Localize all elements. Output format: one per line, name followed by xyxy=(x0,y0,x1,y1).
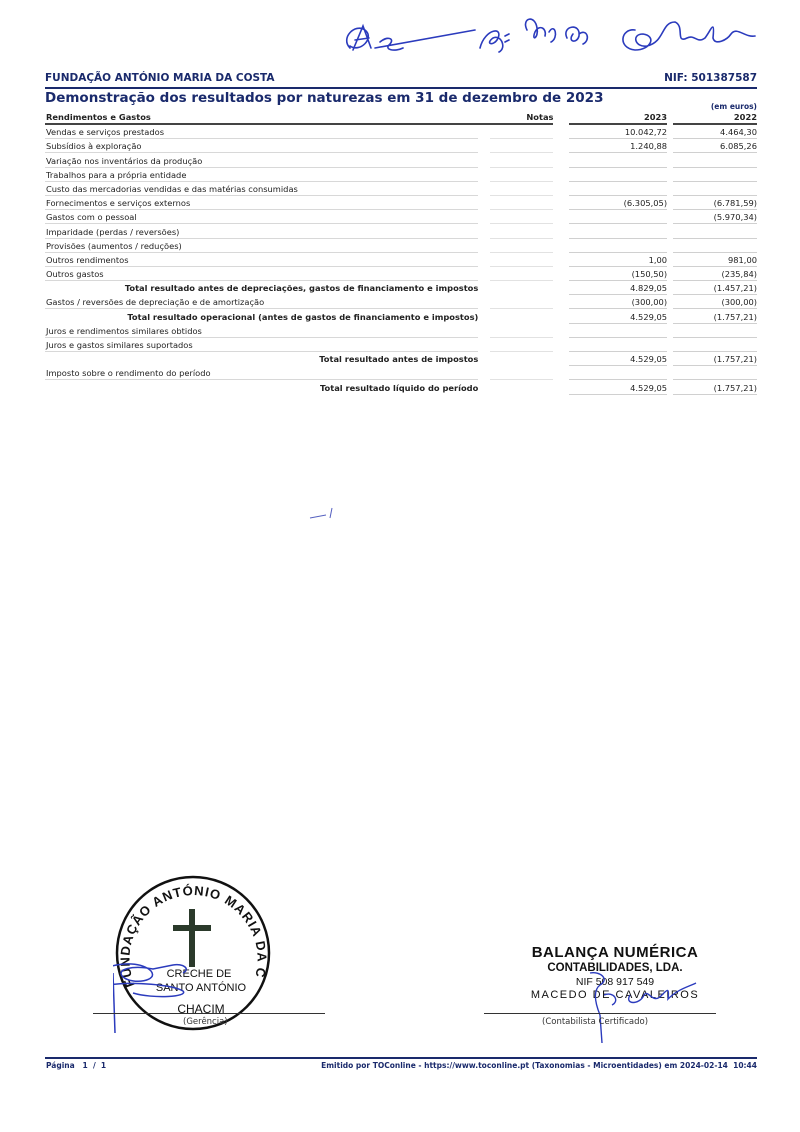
row-notes xyxy=(490,323,553,324)
table-total-row: Total resultado antes de impostos4.529,0… xyxy=(45,352,757,366)
row-notes xyxy=(490,167,553,168)
row-value-2023: 1,00 xyxy=(569,255,667,267)
issued-by: Emitido por TOConline - https://www.toco… xyxy=(321,1061,757,1070)
pen-mark xyxy=(308,506,340,520)
row-label: Outros gastos xyxy=(45,269,478,281)
organization-name: FUNDAÇÃO ANTÓNIO MARIA DA COSTA xyxy=(45,72,275,84)
table-total-row: Total resultado líquido do período4.529,… xyxy=(45,380,757,394)
row-label: Gastos com o pessoal xyxy=(45,212,478,224)
row-notes xyxy=(490,280,553,281)
row-notes xyxy=(490,238,553,239)
row-value-2022 xyxy=(673,337,757,338)
row-value-2023 xyxy=(569,252,667,253)
row-value-2022 xyxy=(673,167,757,168)
row-notes xyxy=(490,308,553,309)
table-row: Imposto sobre o rendimento do período xyxy=(45,366,757,380)
column-header-notes: Notas xyxy=(490,112,553,125)
table-total-row: Total resultado antes de depreciações, g… xyxy=(45,281,757,295)
row-value-2023: (150,50) xyxy=(569,269,667,281)
row-value-2022: 6.085,26 xyxy=(673,141,757,153)
row-value-2022: (1.457,21) xyxy=(673,283,757,295)
row-notes xyxy=(490,351,553,352)
row-value-2023: 4.529,05 xyxy=(569,354,667,366)
row-notes xyxy=(490,209,553,210)
income-statement-table: Rendimentos e Gastos Notas 2023 2022 Ven… xyxy=(45,113,757,395)
row-label: Total resultado antes de impostos xyxy=(45,354,478,366)
row-value-2022: 4.464,30 xyxy=(673,127,757,139)
row-notes xyxy=(490,294,553,295)
row-label: Trabalhos para a própria entidade xyxy=(45,170,478,182)
column-header-2022: 2022 xyxy=(673,112,757,125)
accountant-firm-name: BALANÇA NUMÉRICA xyxy=(505,944,725,961)
row-value-2023 xyxy=(569,238,667,239)
row-value-2023: 10.042,72 xyxy=(569,127,667,139)
row-value-2023 xyxy=(569,181,667,182)
row-value-2023: (300,00) xyxy=(569,297,667,309)
row-value-2022: (6.781,59) xyxy=(673,198,757,210)
row-value-2022: (1.757,21) xyxy=(673,312,757,324)
footer-rule xyxy=(45,1057,757,1059)
row-value-2023: 4.529,05 xyxy=(569,383,667,395)
row-notes xyxy=(490,394,553,395)
row-label: Fornecimentos e serviços externos xyxy=(45,198,478,210)
row-value-2023: 1.240,88 xyxy=(569,141,667,153)
header-rule xyxy=(45,87,757,89)
table-total-row: Total resultado operacional (antes de ga… xyxy=(45,309,757,323)
row-notes xyxy=(490,181,553,182)
row-value-2023 xyxy=(569,195,667,196)
table-row: Vendas e serviços prestados10.042,724.46… xyxy=(45,125,757,139)
column-header-description: Rendimentos e Gastos xyxy=(45,112,478,125)
table-row: Provisões (aumentos / reduções) xyxy=(45,239,757,253)
row-value-2023 xyxy=(569,167,667,168)
row-label: Juros e gastos similares suportados xyxy=(45,340,478,352)
row-label: Imposto sobre o rendimento do período xyxy=(45,368,478,380)
handwritten-initials xyxy=(335,8,785,60)
row-label: Imparidade (perdas / reversões) xyxy=(45,227,478,239)
row-label: Juros e rendimentos similares obtidos xyxy=(45,326,478,338)
table-row: Custo das mercadorias vendidas e das mat… xyxy=(45,182,757,196)
seal-inner-line-1: CRECHE DE xyxy=(167,968,232,980)
row-value-2023: 4.829,05 xyxy=(569,283,667,295)
row-notes xyxy=(490,266,553,267)
row-value-2022 xyxy=(673,252,757,253)
page-number: Página 1 / 1 xyxy=(46,1061,106,1070)
row-label: Custo das mercadorias vendidas e das mat… xyxy=(45,184,478,196)
row-value-2022: (300,00) xyxy=(673,297,757,309)
table-header-row: Rendimentos e Gastos Notas 2023 2022 xyxy=(45,113,757,125)
document-title: Demonstração dos resultados por natureza… xyxy=(45,90,603,106)
column-header-2023: 2023 xyxy=(569,112,667,125)
row-notes xyxy=(490,195,553,196)
row-value-2022: (5.970,34) xyxy=(673,212,757,224)
table-row: Juros e gastos similares suportados xyxy=(45,338,757,352)
row-value-2022 xyxy=(673,195,757,196)
table-row: Subsídios à exploração1.240,886.085,26 xyxy=(45,139,757,153)
row-label: Subsídios à exploração xyxy=(45,141,478,153)
row-notes xyxy=(490,252,553,253)
row-label: Gastos / reversões de depreciação e de a… xyxy=(45,297,478,309)
row-value-2022 xyxy=(673,238,757,239)
accountant-label: (Contabilista Certificado) xyxy=(542,1017,648,1027)
row-notes xyxy=(490,223,553,224)
accountant-signature-line xyxy=(484,1013,716,1014)
row-label: Total resultado antes de depreciações, g… xyxy=(45,283,478,295)
row-notes xyxy=(490,152,553,153)
table-row: Imparidade (perdas / reversões) xyxy=(45,224,757,238)
row-value-2022: (1.757,21) xyxy=(673,383,757,395)
row-notes xyxy=(490,379,553,380)
row-value-2022 xyxy=(673,351,757,352)
foundation-seal-stamp: FUNDAÇÃO ANTÓNIO MARIA DA COSTA CRECHE D… xyxy=(113,873,273,1033)
table-row: Trabalhos para a própria entidade xyxy=(45,168,757,182)
row-label: Variação nos inventários da produção xyxy=(45,156,478,168)
row-label: Total resultado operacional (antes de ga… xyxy=(45,312,478,324)
row-value-2023: (6.305,05) xyxy=(569,198,667,210)
row-label: Outros rendimentos xyxy=(45,255,478,267)
row-value-2022: 981,00 xyxy=(673,255,757,267)
row-label: Vendas e serviços prestados xyxy=(45,127,478,139)
row-value-2022 xyxy=(673,379,757,380)
row-value-2023 xyxy=(569,223,667,224)
units-label: (em euros) xyxy=(711,102,757,111)
row-value-2022: (235,84) xyxy=(673,269,757,281)
row-value-2022 xyxy=(673,181,757,182)
table-row: Gastos com o pessoal(5.970,34) xyxy=(45,210,757,224)
row-notes xyxy=(490,138,553,139)
row-value-2022: (1.757,21) xyxy=(673,354,757,366)
table-row: Variação nos inventários da produção xyxy=(45,153,757,167)
row-value-2023 xyxy=(569,337,667,338)
row-label: Provisões (aumentos / reduções) xyxy=(45,241,478,253)
table-row: Fornecimentos e serviços externos(6.305,… xyxy=(45,196,757,210)
nif-number: NIF: 501387587 xyxy=(664,72,757,84)
table-row: Gastos / reversões de depreciação e de a… xyxy=(45,295,757,309)
seal-inner-line-2: SANTO ANTÓNIO xyxy=(156,981,247,994)
table-row: Outros gastos(150,50)(235,84) xyxy=(45,267,757,281)
accountant-signature xyxy=(560,965,710,1045)
row-value-2023 xyxy=(569,351,667,352)
table-row: Juros e rendimentos similares obtidos xyxy=(45,324,757,338)
row-value-2023: 4.529,05 xyxy=(569,312,667,324)
row-label: Total resultado líquido do período xyxy=(45,383,478,395)
table-row: Outros rendimentos1,00981,00 xyxy=(45,253,757,267)
row-value-2023 xyxy=(569,379,667,380)
row-notes xyxy=(490,337,553,338)
management-signature-line xyxy=(93,1013,325,1014)
management-label: (Gerência) xyxy=(183,1017,228,1027)
row-notes xyxy=(490,365,553,366)
